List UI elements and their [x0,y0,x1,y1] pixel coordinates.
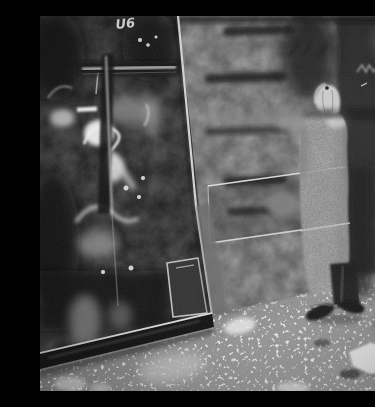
vignette [40,16,375,391]
photo-canvas: U6 [40,16,375,391]
street-photo: U6 [40,16,375,391]
